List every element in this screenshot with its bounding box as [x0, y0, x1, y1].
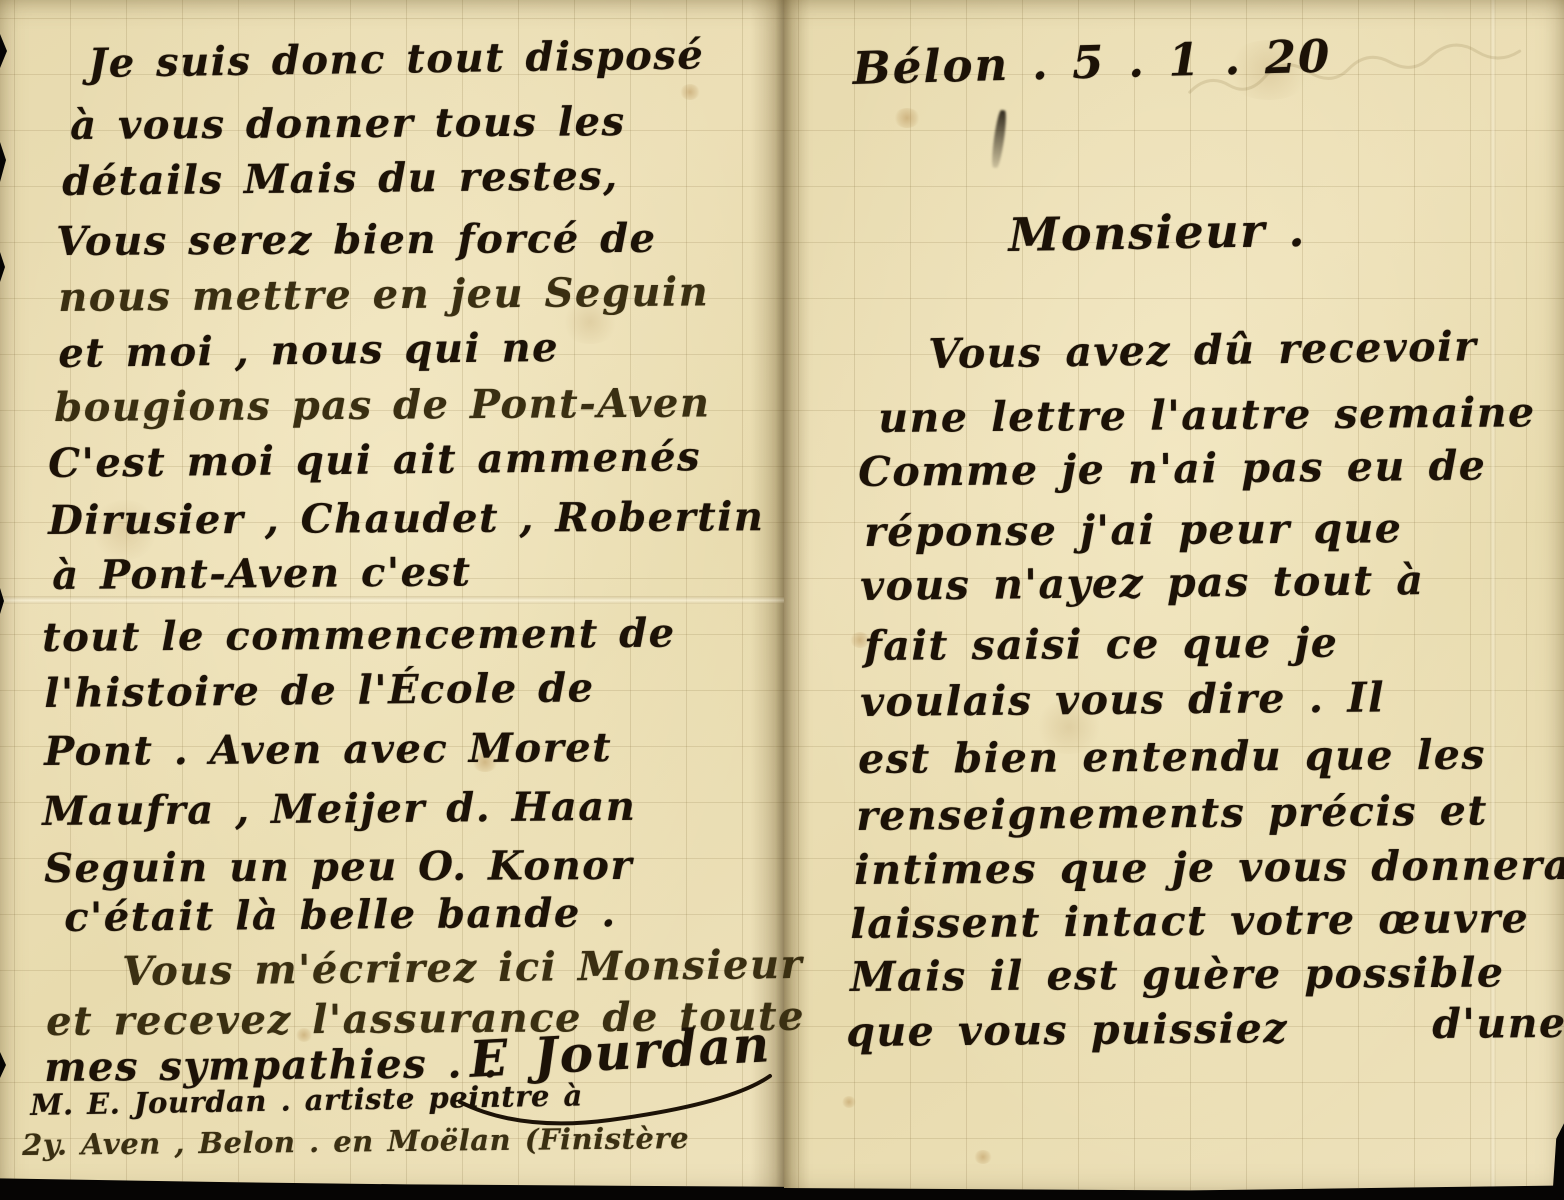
handwritten-line: est bien entendu que les [858, 731, 1486, 783]
foxing-stain [894, 108, 920, 128]
foxing-stain [680, 84, 700, 100]
handwritten-line: renseignements précis et [856, 786, 1488, 840]
salutation: Monsieur . [1008, 203, 1306, 262]
handwritten-line: à vous donner tous les [70, 98, 626, 149]
handwritten-line: intimes que je vous donnerai [854, 841, 1564, 894]
handwritten-line: à Pont-Aven c'est [52, 548, 472, 599]
handwritten-line: tout le commencement de [42, 610, 676, 661]
handwritten-line: vous n'ayez pas tout à [860, 556, 1425, 610]
handwritten-line-end: d'une [1432, 999, 1564, 1048]
scanned-letter: Je suis donc tout disposé à vous donner … [0, 0, 1564, 1200]
handwritten-line: C'est moi qui ait ammenés [48, 433, 701, 487]
handwritten-line: bougions pas de Pont-Aven [54, 379, 711, 431]
handwritten-line: Vous avez dû recevoir [928, 322, 1478, 378]
handwritten-line: Dirusier , Chaudet , Robertin [48, 493, 765, 544]
handwritten-line: Seguin un peu O. Konor [44, 842, 633, 892]
handwritten-line: voulais vous dire . Il [860, 673, 1385, 726]
handwritten-line: Vous serez bien forcé de [56, 215, 657, 265]
handwritten-line: réponse j'ai peur que [864, 504, 1403, 556]
handwritten-line: Vous m'écrirez ici Monsieur [122, 941, 803, 995]
handwritten-line: nous mettre en jeu Seguin [58, 268, 709, 321]
foxing-stain [842, 1096, 856, 1108]
handwritten-line: fait saisi ce que je [864, 619, 1339, 670]
handwritten-line: c'était là belle bande . [64, 889, 617, 941]
handwritten-line: une lettre l'autre semaine [878, 388, 1536, 442]
handwritten-line: que vous puissiez [846, 1004, 1288, 1056]
handwritten-line: Maufra , Meijer d. Haan [42, 783, 637, 835]
handwritten-line: Comme je n'ai pas eu de [858, 441, 1487, 496]
handwritten-line: Pont . Aven avec Moret [44, 724, 612, 775]
handwritten-line: et moi , nous qui ne [58, 324, 559, 377]
foxing-stain [974, 1150, 992, 1164]
handwritten-line: Je suis donc tout disposé [88, 31, 705, 87]
handwritten-line: l'histoire de l'École de [44, 664, 595, 717]
handwritten-line: laissent intact votre œuvre [850, 894, 1529, 948]
address-line: 2y. Aven , Belon . en Moëlan (Finistère [22, 1121, 689, 1162]
handwritten-line: détails Mais du restes, [62, 152, 619, 205]
handwritten-line: Mais il est guère possible [850, 948, 1505, 1001]
